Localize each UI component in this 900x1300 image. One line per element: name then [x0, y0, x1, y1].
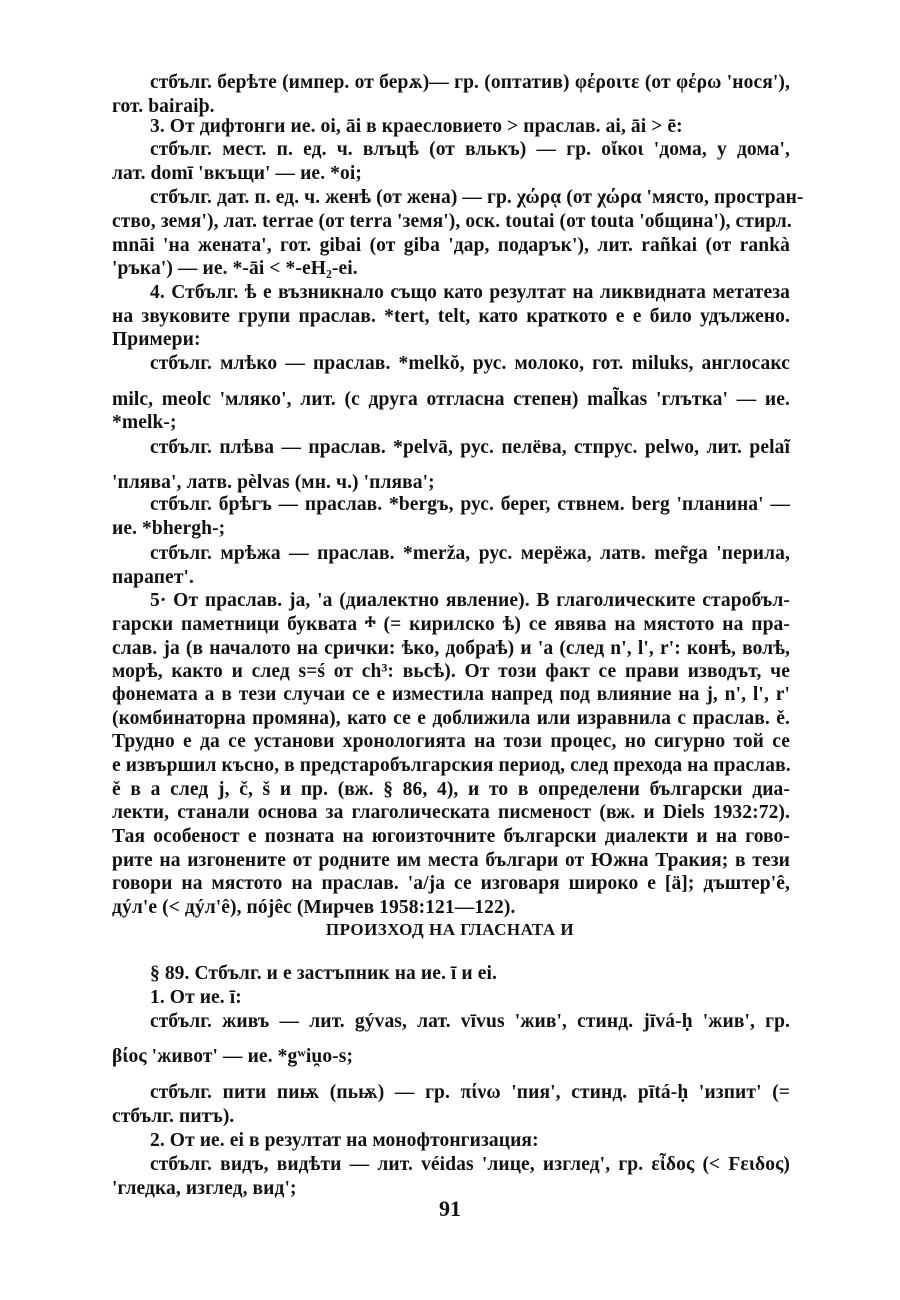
text-line: стбълг. мест. п. ед. ч. влъцѣ (от влькъ)…: [150, 139, 790, 161]
text-line: стбълг. пити пиѭ (пьѭ) — гр. πίνω 'пия',…: [150, 1082, 790, 1104]
text-line: 5· От праслав. ja, 'a (диалектно явление…: [150, 590, 790, 612]
text-line: 3. От дифтонги ие. oi, āi в краесловието…: [150, 116, 683, 138]
text-line: Тая особеност е позната на югоизточните …: [112, 826, 790, 848]
text-line: стбълг. живъ — лит. gývas, лат. vīvus 'ж…: [150, 1011, 790, 1033]
text-line: 'ръка') — ие. *-āi < *-eH₂-ei.: [112, 258, 358, 280]
text-line: парапет'.: [112, 567, 194, 589]
text-line: стбълг. плѣва — праслав. *pelvā, рус. пе…: [150, 437, 790, 459]
text-line: βίος 'живот' — ие. *gʷiu̯o-s;: [112, 1046, 353, 1068]
text-line: mnāi 'на жената', гот. gibai (от giba 'д…: [112, 235, 790, 257]
text-line: milc, meolc 'мляко', лит. (с друга отгла…: [112, 389, 790, 411]
text-line: на звуковите групи праслав. *tert, telt,…: [112, 306, 790, 328]
text-line: фонемата a в тези случаи се е изместила …: [112, 684, 790, 706]
text-line: говори на мястото на праслав. 'a/ja се и…: [112, 873, 790, 895]
text-line: стбълг. дат. п. ед. ч. женѣ (от жена) — …: [150, 187, 790, 209]
text-line: гарски паметници буквата ⰰ (= кирилско ѣ…: [112, 614, 790, 636]
text-line: стбълг. брѣгъ — праслав. *bergъ, рус. бе…: [150, 494, 790, 516]
text-line: Трудно е да се установи хронологията на …: [112, 731, 790, 753]
text-line: 1. От ие. ī:: [150, 987, 242, 1009]
text-line: рите на изгонените от родните им места б…: [112, 850, 790, 872]
text-line: *melk-;: [112, 412, 177, 434]
text-line: 4. Стбълг. ѣ е възникнало също като резу…: [150, 282, 790, 304]
section-heading: ПРОИЗХОД НА ГЛАСНАТА И: [0, 920, 900, 940]
text-line: стбълг. питъ).: [112, 1106, 234, 1128]
text-line: ие. *bhergh-;: [112, 518, 225, 540]
text-line: лекти, станали основа за глаголическата …: [112, 802, 790, 824]
text-line: стбълг. берѣте (импер. от берѫ)— гр. (оп…: [150, 72, 790, 94]
text-line: стбълг. мрѣжа — праслав. *merža, рус. ме…: [150, 543, 790, 565]
text-line: Примери:: [112, 329, 201, 351]
book-page: стбълг. берѣте (импер. от берѫ)— гр. (оп…: [0, 0, 900, 1300]
text-line: 'плява', латв. pèlvas (мн. ч.) 'плява';: [112, 472, 435, 494]
text-line: § 89. Стбълг. и е застъпник на ие. ī и e…: [150, 963, 497, 985]
text-line: 2. От ие. ei в резултат на монофтонгизац…: [150, 1130, 539, 1152]
text-line: ство, земя'), лат. terrae (от terra 'зем…: [112, 211, 790, 233]
text-line: ě в a след j, č, š и пр. (вж. § 86, 4), …: [112, 779, 790, 801]
text-line: морѣ, както и след s=ś от ch³: вьсѣ). От…: [112, 661, 790, 683]
text-line: стбълг. млѣко — праслав. *melkŏ, рус. мо…: [150, 353, 790, 375]
text-line: слав. ja (в началото на срички: ѣко, доб…: [112, 638, 790, 660]
text-line: дýл'е (< дýл'ê), пójêc (Мирчев 1958:121—…: [112, 897, 515, 919]
text-line: стбълг. видъ, видѣти — лит. véidas 'лице…: [150, 1154, 790, 1176]
page-number: 91: [0, 1196, 900, 1222]
text-line: е извършил късно, в предстаробългарския …: [112, 755, 790, 777]
text-line: (комбинаторна промяна), като се е доближ…: [112, 708, 790, 730]
text-line: гот. bairaiþ.: [112, 96, 215, 118]
text-line: лат. domī 'вкъщи' — ие. *oi;: [112, 163, 362, 185]
